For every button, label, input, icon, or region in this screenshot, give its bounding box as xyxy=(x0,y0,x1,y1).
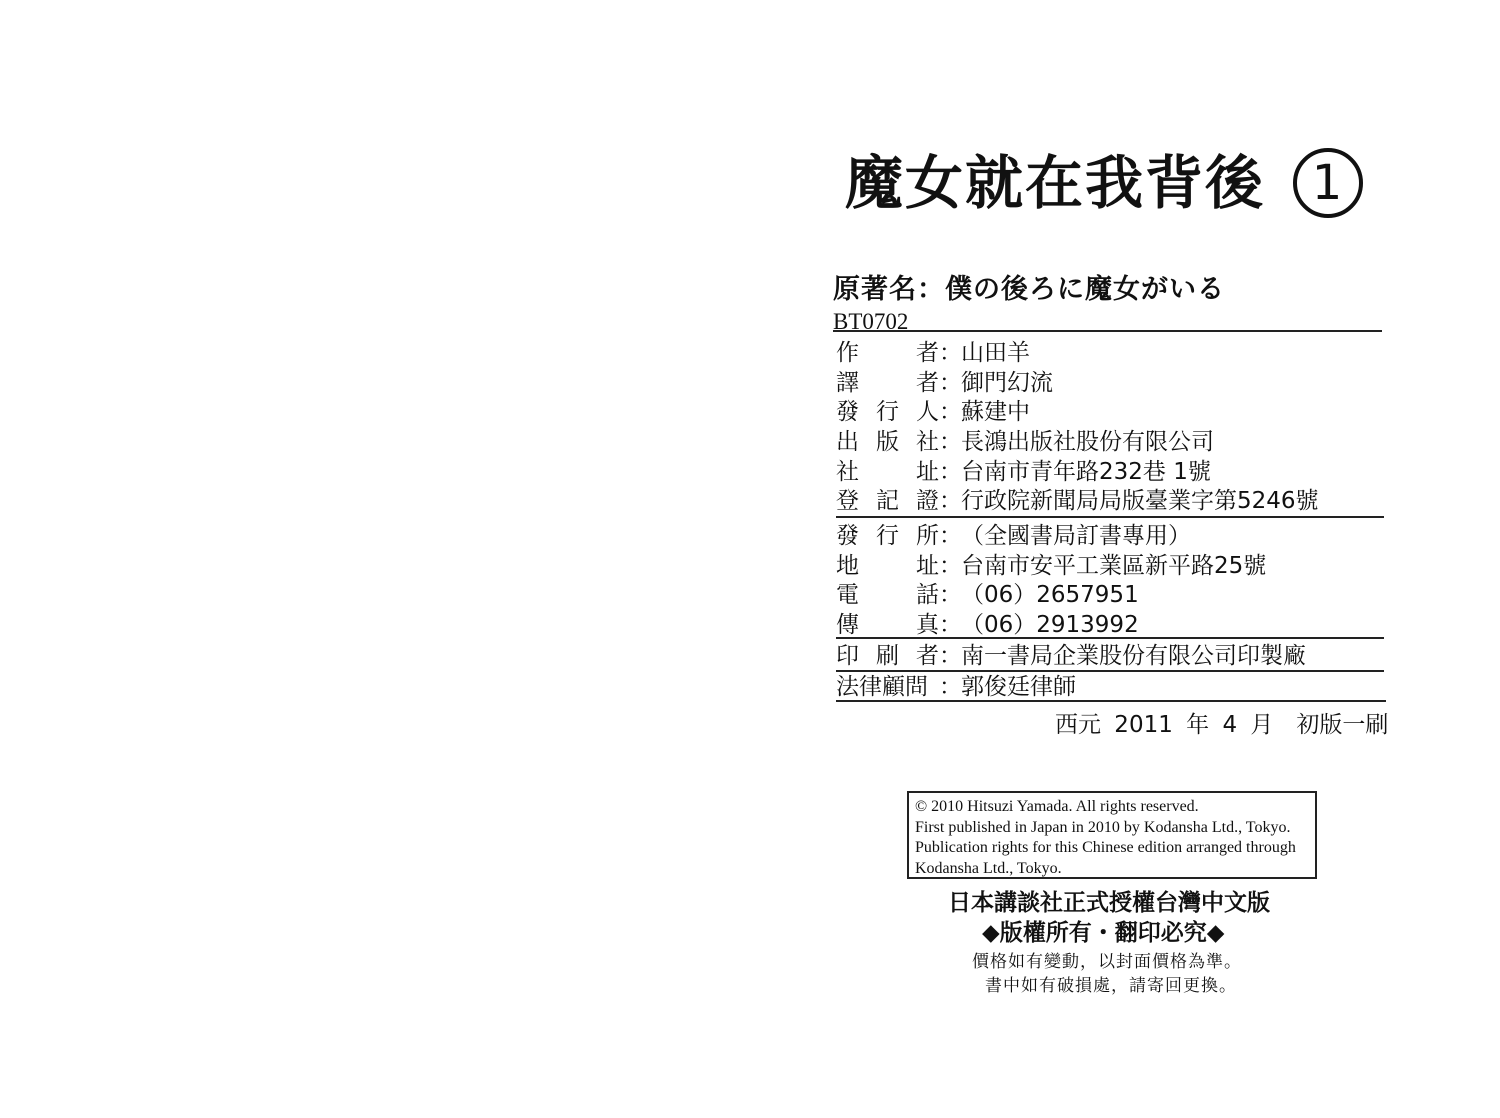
divider-rule xyxy=(836,516,1384,518)
row-label: 作者 xyxy=(836,339,939,368)
copyright-line: © 2010 Hitsuzi Yamada. All rights reserv… xyxy=(915,797,1309,818)
original-title: 原著名：僕の後ろに魔女がいる xyxy=(833,267,1225,306)
row-label: 地址 xyxy=(836,552,939,581)
divider-rule xyxy=(836,637,1384,639)
damage-return-note: 書中如有破損處，請寄回更換。 xyxy=(985,971,1237,996)
row-label: 出版社 xyxy=(836,428,939,457)
row-label: 社址 xyxy=(836,458,939,487)
info-row-publisher-address: 社址 ： 台南市青年路232巷 1號 xyxy=(836,457,1319,487)
distributor-info-block: 發行所 ： （全國書局訂書專用） 地址 ： 台南市安平工業區新平路25號 電話 … xyxy=(836,522,1266,640)
distributor-address-value: 台南市安平工業區新平路25號 xyxy=(961,552,1266,581)
book-title: 魔女就在我背後1 xyxy=(845,148,1363,218)
info-row-registration: 登記證 ： 行政院新聞局局版臺業字第5246號 xyxy=(836,487,1319,517)
rights-reserved-notice: ◆版權所有・翻印必究◆ xyxy=(982,914,1224,947)
fax-value: （06）2913992 xyxy=(961,611,1139,640)
authorization-statement: 日本講談社正式授權台灣中文版 xyxy=(948,884,1270,917)
publisher-info-block: 作者 ： 山田羊 譯者 ： 御門幻流 發行人 ： 蘇建中 出版社 ： 長鴻出版社… xyxy=(836,339,1319,517)
info-row-distributor-address: 地址 ： 台南市安平工業區新平路25號 xyxy=(836,552,1266,582)
price-change-note: 價格如有變動，以封面價格為準。 xyxy=(972,947,1242,972)
divider-rule xyxy=(836,670,1384,672)
info-row-phone: 電話 ： （06）2657951 xyxy=(836,581,1266,611)
registration-value: 行政院新聞局局版臺業字第5246號 xyxy=(961,487,1319,516)
phone-value: （06）2657951 xyxy=(961,581,1139,610)
info-row-author: 作者 ： 山田羊 xyxy=(836,339,1319,369)
info-row-printer: 印刷者 ： 南一書局企業股份有限公司印製廠 xyxy=(836,642,1306,672)
author-value: 山田羊 xyxy=(961,339,1030,368)
row-label: 登記證 xyxy=(836,487,939,516)
info-row-translator: 譯者 ： 御門幻流 xyxy=(836,369,1319,399)
row-label: 法律顧問 xyxy=(836,673,939,702)
translator-value: 御門幻流 xyxy=(961,369,1053,398)
publisher-address-value: 台南市青年路232巷 1號 xyxy=(961,458,1211,487)
copyright-line: Publication rights for this Chinese edit… xyxy=(915,838,1309,859)
row-label: 發行所 xyxy=(836,522,939,551)
book-title-text: 魔女就在我背後 xyxy=(845,149,1265,217)
legal-info-block: 法律顧問 ： 郭俊廷律師 xyxy=(836,673,1076,703)
divider-rule xyxy=(836,700,1386,702)
info-row-publisher: 出版社 ： 長鴻出版社股份有限公司 xyxy=(836,428,1319,458)
info-row-distributor: 發行所 ： （全國書局訂書專用） xyxy=(836,522,1266,552)
edition-date: 西元 2011 年 4 月 初版一刷 xyxy=(1055,706,1388,739)
copyright-line: First published in Japan in 2010 by Koda… xyxy=(915,818,1309,839)
copyright-line: Kodansha Ltd., Tokyo. xyxy=(915,859,1309,880)
row-label: 電話 xyxy=(836,581,939,610)
volume-number-badge: 1 xyxy=(1293,148,1363,218)
issuer-value: 蘇建中 xyxy=(961,398,1030,427)
printer-value: 南一書局企業股份有限公司印製廠 xyxy=(961,642,1306,671)
legal-advisor-value: 郭俊廷律師 xyxy=(961,673,1076,702)
row-label: 發行人 xyxy=(836,398,939,427)
printer-info-block: 印刷者 ： 南一書局企業股份有限公司印製廠 xyxy=(836,642,1306,672)
copyright-notice-box: © 2010 Hitsuzi Yamada. All rights reserv… xyxy=(907,791,1317,879)
info-row-legal-advisor: 法律顧問 ： 郭俊廷律師 xyxy=(836,673,1076,703)
distributor-value: （全國書局訂書專用） xyxy=(961,522,1191,551)
divider-rule xyxy=(833,330,1382,332)
row-label: 譯者 xyxy=(836,369,939,398)
publisher-value: 長鴻出版社股份有限公司 xyxy=(961,428,1214,457)
info-row-fax: 傳真 ： （06）2913992 xyxy=(836,611,1266,641)
row-label: 傳真 xyxy=(836,611,939,640)
row-label: 印刷者 xyxy=(836,642,939,671)
info-row-issuer: 發行人 ： 蘇建中 xyxy=(836,398,1319,428)
